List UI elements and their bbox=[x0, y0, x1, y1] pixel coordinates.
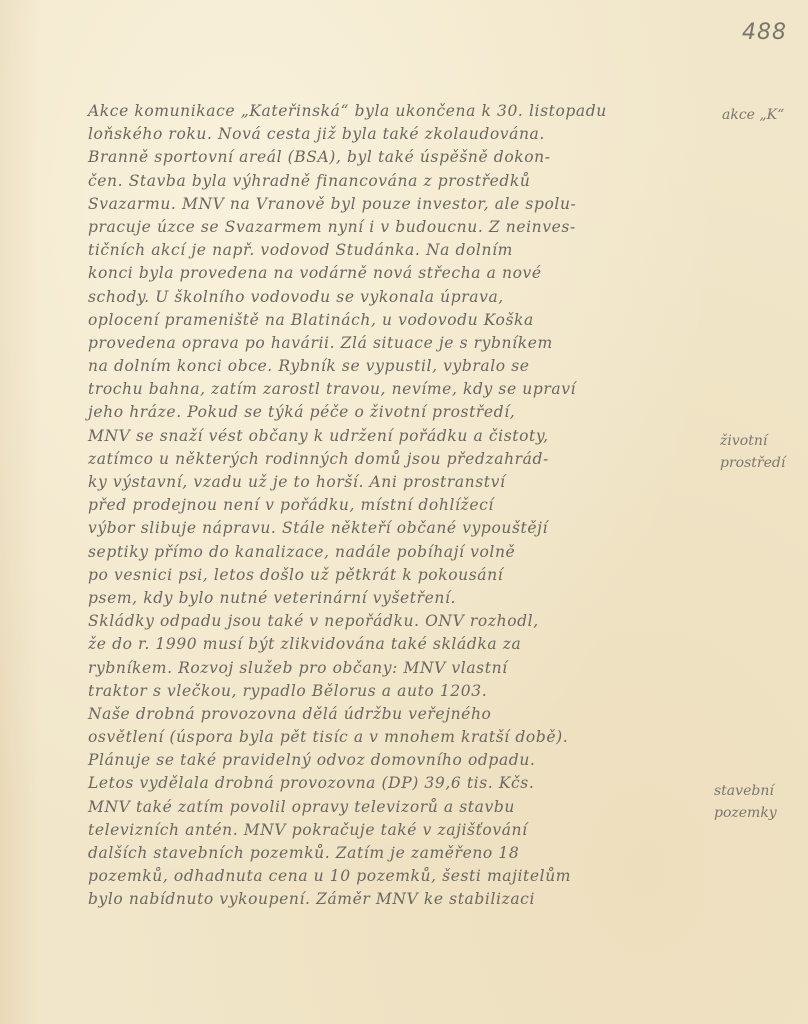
text-line: zatímco u některých rodinných domů jsou … bbox=[88, 448, 718, 471]
text-line: trochu bahna, zatím zarostl travou, neví… bbox=[88, 378, 718, 401]
chronicle-page: 488 Akce komunikace „Kateřinská“ byla uk… bbox=[0, 0, 808, 1024]
text-line: septiky přímo do kanalizace, nadále pobí… bbox=[88, 541, 718, 564]
text-line: provedena oprava po havárii. Zlá situace… bbox=[88, 332, 718, 355]
text-line: osvětlení (úspora byla pět tisíc a v mno… bbox=[88, 726, 718, 749]
text-line: že do r. 1990 musí být zlikvidována také… bbox=[88, 633, 718, 656]
handwritten-body-text: Akce komunikace „Kateřinská“ byla ukonče… bbox=[88, 100, 718, 912]
text-line: jeho hráze. Pokud se týká péče o životní… bbox=[88, 401, 718, 424]
text-line: Letos vydělala drobná provozovna (DP) 39… bbox=[88, 772, 718, 795]
text-line: před prodejnou není v pořádku, místní do… bbox=[88, 494, 718, 517]
text-line: loňského roku. Nová cesta již byla také … bbox=[88, 123, 718, 146]
text-line: konci byla provedena na vodárně nová stř… bbox=[88, 262, 718, 285]
text-line: na dolním konci obce. Rybník se vypustil… bbox=[88, 355, 718, 378]
text-line: výbor slibuje nápravu. Stále někteří obč… bbox=[88, 517, 718, 540]
text-line: Naše drobná provozovna dělá údržbu veřej… bbox=[88, 703, 718, 726]
text-line: schody. U školního vodovodu se vykonala … bbox=[88, 286, 718, 309]
text-line: rybníkem. Rozvoj služeb pro občany: MNV … bbox=[88, 657, 718, 680]
text-line: pracuje úzce se Svazarmem nyní i v budou… bbox=[88, 216, 718, 239]
margin-note-akce-k: akce „K“ bbox=[722, 104, 784, 126]
text-line: MNV se snaží vést občany k udržení pořád… bbox=[88, 425, 718, 448]
text-line: Branně sportovní areál (BSA), byl také ú… bbox=[88, 146, 718, 169]
text-line: tičních akcí je např. vodovod Studánka. … bbox=[88, 239, 718, 262]
margin-note-stavebni-pozemky: stavební pozemky bbox=[714, 780, 794, 824]
text-line: dalších stavebních pozemků. Zatím je zam… bbox=[88, 842, 718, 865]
text-line: Svazarmu. MNV na Vranově byl pouze inves… bbox=[88, 193, 718, 216]
page-number: 488 bbox=[742, 20, 787, 45]
text-line: MNV také zatím povolil opravy televizorů… bbox=[88, 796, 718, 819]
text-line: po vesnici psi, letos došlo už pětkrát k… bbox=[88, 564, 718, 587]
text-line: oplocení prameniště na Blatinách, u vodo… bbox=[88, 309, 718, 332]
text-line: Plánuje se také pravidelný odvoz domovní… bbox=[88, 749, 718, 772]
margin-note-zivotni-prostredi: životní prostředí bbox=[720, 430, 800, 474]
text-line: psem, kdy bylo nutné veterinární vyšetře… bbox=[88, 587, 718, 610]
text-line: bylo nabídnuto vykoupení. Záměr MNV ke s… bbox=[88, 888, 718, 911]
text-line: ky výstavní, vzadu už je to horší. Ani p… bbox=[88, 471, 718, 494]
text-line: televizních antén. MNV pokračuje také v … bbox=[88, 819, 718, 842]
text-line: pozemků, odhadnuta cena u 10 pozemků, še… bbox=[88, 865, 718, 888]
text-line: Skládky odpadu jsou také v nepořádku. ON… bbox=[88, 610, 718, 633]
text-line: Akce komunikace „Kateřinská“ byla ukonče… bbox=[88, 100, 718, 123]
text-line: traktor s vlečkou, rypadlo Bělorus a aut… bbox=[88, 680, 718, 703]
text-line: čen. Stavba byla výhradně financována z … bbox=[88, 170, 718, 193]
